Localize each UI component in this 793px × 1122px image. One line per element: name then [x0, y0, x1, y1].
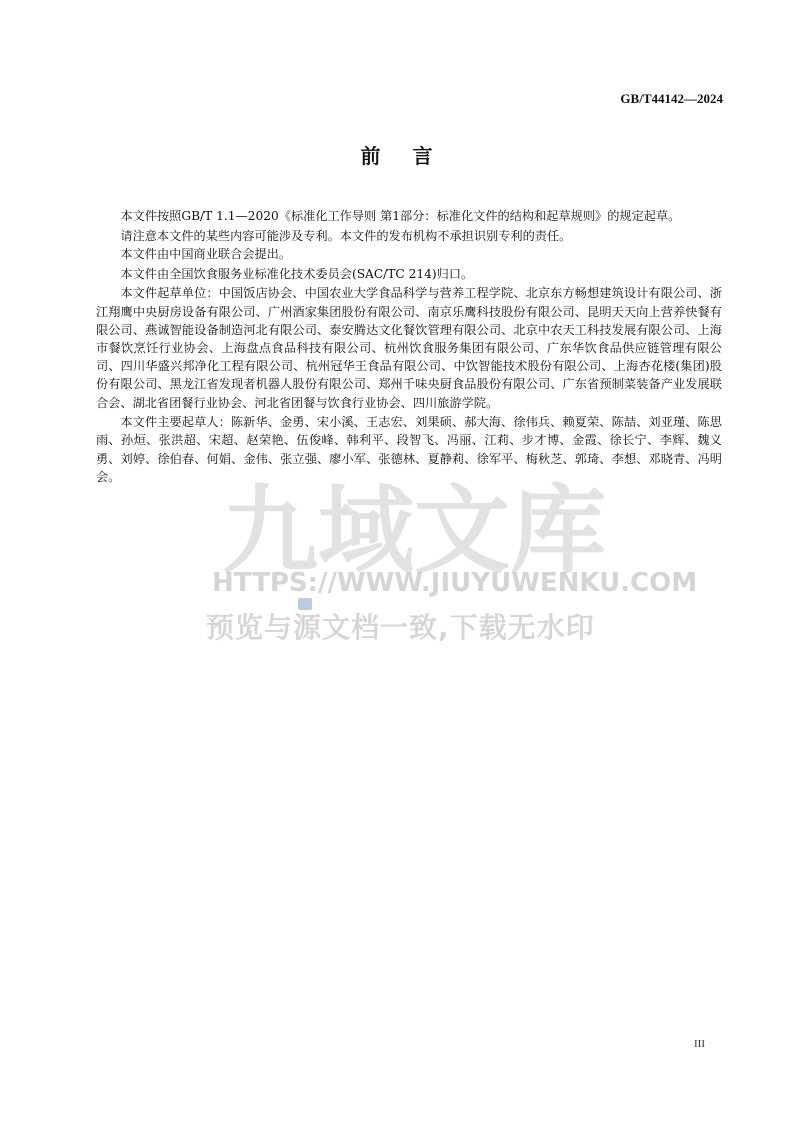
page-number: III [694, 1038, 705, 1050]
watermark-note: 预览与源文档一致,下载无水印 [206, 606, 595, 646]
paragraph-drafting-rules: 本文件按照GB/T 1.1—2020《标准化工作导则 第1部分：标准化文件的结构… [96, 207, 722, 225]
watermark-url: HTTPS://WWW.JIUYUWENKU.COM [212, 568, 697, 598]
paragraph-drafting-organizations: 本文件起草单位：中国饭店协会、中国农业大学食品科学与营养工程学院、北京东方畅想建… [96, 284, 722, 411]
paragraph-technical-committee: 本文件由全国饮食服务业标准化技术委员会(SAC/TC 214)归口。 [96, 265, 722, 283]
standard-number: GB/T44142—2024 [620, 91, 723, 107]
paragraph-proposer: 本文件由中国商业联合会提出。 [96, 245, 722, 263]
paragraph-main-drafters: 本文件主要起草人：陈新华、金勇、宋小溪、王志宏、刘果硕、郝大海、徐伟兵、赖夏荣、… [96, 413, 722, 486]
watermark-logo-icon [298, 598, 312, 610]
foreword-body: 本文件按照GB/T 1.1—2020《标准化工作导则 第1部分：标准化文件的结构… [96, 207, 722, 488]
paragraph-patent-notice: 请注意本文件的某些内容可能涉及专利。本文件的发布机构不承担识别专利的责任。 [96, 227, 722, 245]
page-title: 前言 [0, 140, 793, 169]
